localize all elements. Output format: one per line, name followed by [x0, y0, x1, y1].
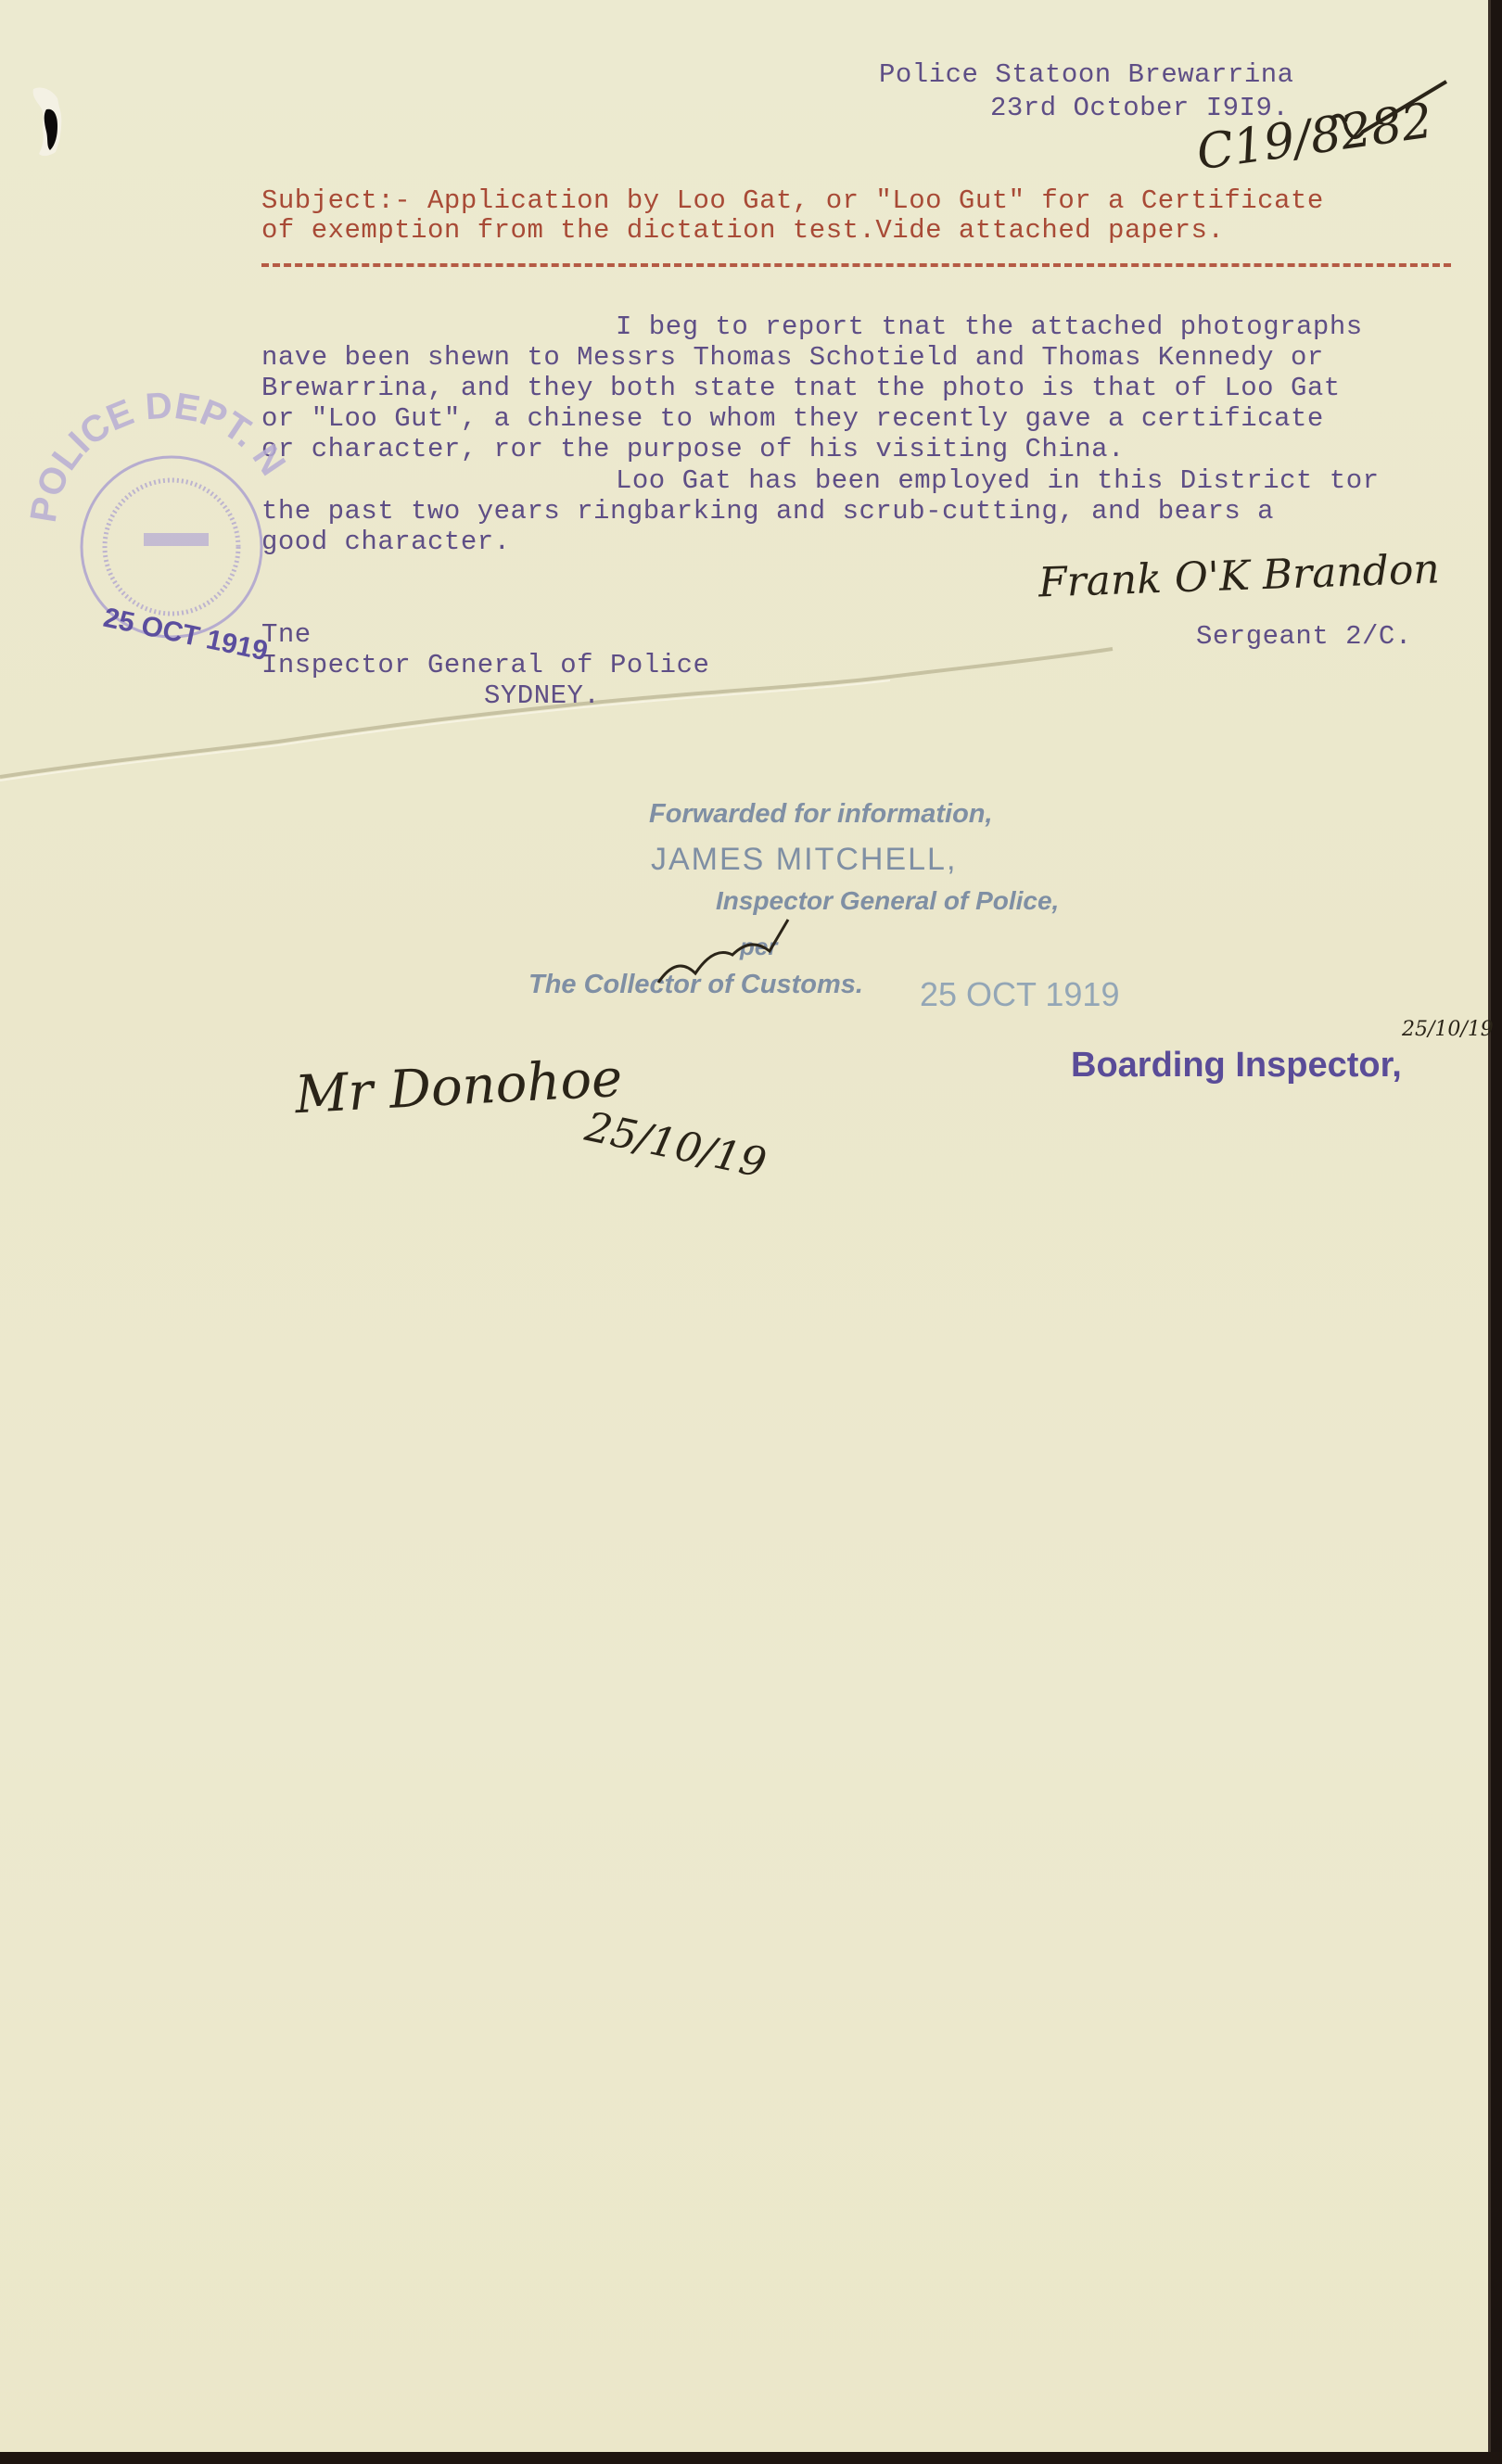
header-location: Police Statoon Brewarrina — [879, 59, 1294, 90]
svg-text:POLICE DEPT. N.S.W.: POLICE DEPT. N.S.W. — [19, 366, 293, 525]
torn-hole-icon — [32, 85, 78, 159]
signature-rank: Sergeant 2/C. — [1196, 621, 1412, 652]
forwarded-stamp-name: JAMES MITCHELL, — [651, 842, 957, 878]
subject-line-1: Subject:- Application by Loo Gat, or "Lo… — [261, 185, 1324, 216]
police-dept-seal-stamp: POLICE DEPT. N.S.W. — [19, 366, 297, 644]
signature-handwritten: Frank O'K Brandon — [1037, 545, 1440, 606]
forwarded-stamp-line-1: Forwarded for information, — [649, 799, 993, 830]
body-p1-line-1: I beg to report tnat the attached photog… — [616, 311, 1363, 342]
body-p2-line-1: Loo Gat has been employed in this Distri… — [616, 465, 1380, 496]
boarding-inspector-handwritten-date: 25/10/19 — [1402, 1020, 1430, 1040]
boarding-inspector-stamp: Boarding Inspector, — [1071, 1046, 1402, 1086]
handwritten-note: Mr Donohoe — [294, 1048, 624, 1125]
scan-border — [0, 2452, 1502, 2464]
body-p1-line-4: or "Loo Gut", a chinese to whom they rec… — [261, 403, 1324, 434]
forwarded-stamp-title: Inspector General of Police, — [716, 886, 1059, 916]
body-p2-line-3: good character. — [261, 527, 511, 557]
body-p2-line-2: the past two years ringbarking and scrub… — [261, 496, 1274, 527]
body-p1-line-2: nave been shewn to Messrs Thomas Schotie… — [261, 342, 1324, 373]
handwritten-initials-date: 25/10/19 — [581, 1103, 770, 1188]
document-page: Police Statoon Brewarrina 23rd October I… — [0, 0, 1491, 2452]
addressee-line-3: SYDNEY. — [484, 680, 600, 711]
body-p1-line-5: or character, ror the purpose of his vis… — [261, 434, 1125, 464]
subject-line-2: of exemption from the dictation test.Vid… — [261, 215, 1224, 246]
forwarded-stamp-date: 25 OCT 1919 — [920, 975, 1119, 1014]
addressee-line-2: Inspector General of Police — [261, 650, 709, 680]
checkmark-icon — [1326, 72, 1456, 156]
subject-divider — [261, 263, 1451, 267]
initials-scribble-icon — [649, 918, 853, 1001]
body-p1-line-3: Brewarrina, and they both state tnat the… — [261, 373, 1341, 403]
